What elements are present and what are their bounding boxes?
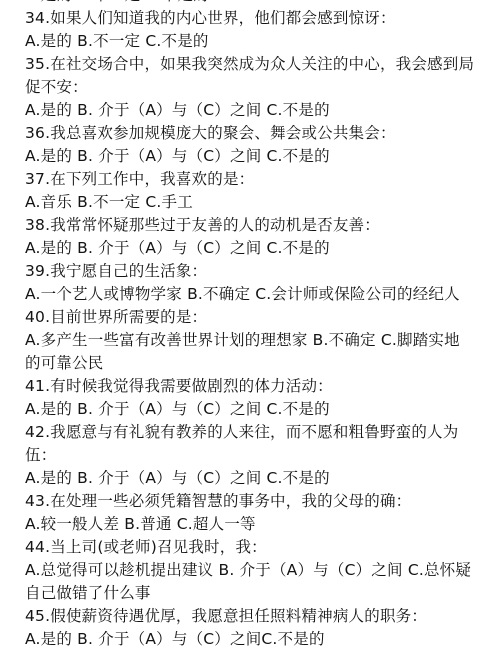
q44-text: 44.当上司(或老师)召见我时，我： [25,536,495,559]
q37-text: 37.在下列工作中，我喜欢的是： [25,168,495,191]
q45-text: 45.假使薪资待遇优厚，我愿意担任照料精神病人的职务： [25,605,495,628]
q42-options: A.是的 B. 介于（A）与（C）之间 C.不是的 [25,467,495,490]
q36-options: A.是的 B. 介于（A）与（C）之间 C.不是的 [25,145,495,168]
q38-text: 38.我常常怀疑那些过于友善的人的动机是否友善： [25,214,495,237]
q43-text: 43.在处理一些必须凭籍智慧的事务中，我的父母的确： [25,490,495,513]
q38-options: A.是的 B. 介于（A）与（C）之间 C.不是的 [25,237,495,260]
q33-options-partial: A.是的 B.不一定 C.不是的 [25,0,495,7]
q34-text: 34.如果人们知道我的内心世界，他们都会感到惊讶： [25,7,495,30]
q41-text: 41.有时候我觉得我需要做剧烈的体力活动： [25,375,495,398]
q37-options: A.音乐 B.不一定 C.手工 [25,191,495,214]
questionnaire-document: A.是的 B.不一定 C.不是的 34.如果人们知道我的内心世界，他们都会感到惊… [25,0,495,651]
q44-options: A.总觉得可以趁机提出建议 B. 介于（A）与（C）之间 C.总怀疑 [25,559,495,582]
q41-options: A.是的 B. 介于（A）与（C）之间 C.不是的 [25,398,495,421]
q40-text: 40.目前世界所需要的是： [25,306,495,329]
q39-text: 39.我宁愿自己的生活象： [25,260,495,283]
q45-options: A.是的 B. 介于（A）与（C）之间C.不是的 [25,628,495,651]
q42-text-cont: 伍： [25,444,495,467]
q35-options: A.是的 B. 介于（A）与（C）之间 C.不是的 [25,99,495,122]
q43-options: A.较一般人差 B.普通 C.超人一等 [25,513,495,536]
q34-options: A.是的 B.不一定 C.不是的 [25,30,495,53]
q35-text-cont: 促不安： [25,76,495,99]
q40-options-cont: 的可靠公民 [25,352,495,375]
q36-text: 36.我总喜欢参加规模庞大的聚会、舞会或公共集会： [25,122,495,145]
q35-text: 35.在社交场合中，如果我突然成为众人关注的中心，我会感到局 [25,53,495,76]
q39-options: A.一个艺人或博物学家 B.不确定 C.会计师或保险公司的经纪人 [25,283,495,306]
q42-text: 42.我愿意与有礼貌有教养的人来往，而不愿和粗鲁野蛮的人为 [25,421,495,444]
q44-options-cont: 自己做错了什么事 [25,582,495,605]
q40-options: A.多产生一些富有改善世界计划的理想家 B.不确定 C.脚踏实地 [25,329,495,352]
